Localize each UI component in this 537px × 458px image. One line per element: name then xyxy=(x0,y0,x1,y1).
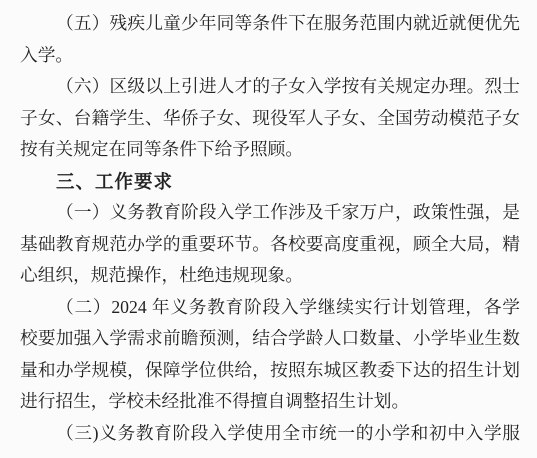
paragraph-5-line-2: 入学。 xyxy=(20,40,520,72)
paragraph-6-line-2: 子女、台籍学生、华侨子女、现役军人子女、全国劳动模范子女 xyxy=(20,103,520,135)
paragraph-3-line-1: （三)义务教育阶段入学使用全市统一的小学和初中入学服 xyxy=(20,418,520,450)
section-heading: 三、工作要求 xyxy=(20,166,520,198)
paragraph-1-line-1: （一）义务教育阶段入学工作涉及千家万户，政策性强，是 xyxy=(20,197,520,229)
paragraph-2-line-2: 校要加强入学需求前瞻预测，结合学龄人口数量、小学毕业生数 xyxy=(20,323,520,355)
paragraph-6-line-1: （六）区级以上引进人才的子女入学按有关规定办理。烈士 xyxy=(20,71,520,103)
paragraph-1-line-3: 心组织，规范操作，杜绝违规现象。 xyxy=(20,260,520,292)
paragraph-2-line-4: 进行招生，学校未经批准不得擅自调整招生计划。 xyxy=(20,386,520,418)
paragraph-5-line-1: （五）残疾儿童少年同等条件下在服务范围内就近就便优先 xyxy=(20,8,520,40)
document-page: （五）残疾儿童少年同等条件下在服务范围内就近就便优先 入学。 （六）区级以上引进… xyxy=(0,0,537,458)
paragraph-2-line-3: 量和办学规模，保障学位供给，按照东城区教委下达的招生计划 xyxy=(20,355,520,387)
paragraph-2-line-1: （二）2024 年义务教育阶段入学继续实行计划管理，各学 xyxy=(20,292,520,324)
paragraph-1-line-2: 基础教育规范办学的重要环节。各校要高度重视，顾全大局，精 xyxy=(20,229,520,261)
paragraph-6-line-3: 按有关规定在同等条件下给予照顾。 xyxy=(20,134,520,166)
